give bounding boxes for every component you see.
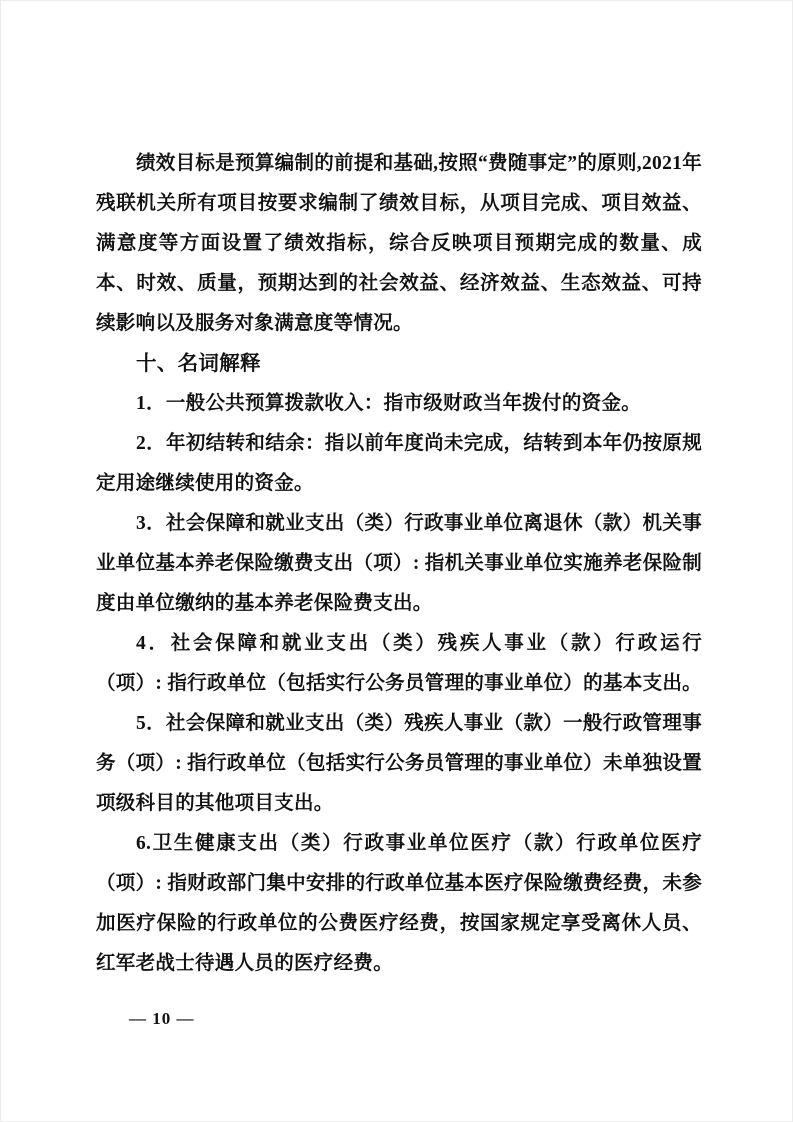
term-definition-4: 4．社会保障和就业支出（类）残疾人事业（款）行政运行（项）: 指行政单位（包括实… (96, 624, 702, 704)
section-heading: 十、名词解释 (96, 344, 702, 384)
document-page: 绩效目标是预算编制的前提和基础,按照“费随事定”的原则,2021年残联机关所有项… (0, 0, 793, 1122)
term-definition-3: 3．社会保障和就业支出（类）行政事业单位离退休（款）机关事业单位基本养老保险缴费… (96, 504, 702, 624)
term-definition-6: 6.卫生健康支出（类）行政事业单位医疗（款）行政单位医疗（项）: 指财政部门集中… (96, 824, 702, 984)
term-definition-2: 2．年初结转和结余：指以前年度尚未完成，结转到本年仍按原规定用途继续使用的资金。 (96, 424, 702, 504)
intro-paragraph: 绩效目标是预算编制的前提和基础,按照“费随事定”的原则,2021年残联机关所有项… (96, 144, 702, 344)
term-definition-5: 5．社会保障和就业支出（类）残疾人事业（款）一般行政管理事务（项）: 指行政单位… (96, 704, 702, 824)
page-number: — 10 — (129, 1006, 195, 1032)
document-body: 绩效目标是预算编制的前提和基础,按照“费随事定”的原则,2021年残联机关所有项… (96, 144, 702, 984)
term-definition-1: 1．一般公共预算拨款收入：指市级财政当年拨付的资金。 (96, 384, 702, 424)
